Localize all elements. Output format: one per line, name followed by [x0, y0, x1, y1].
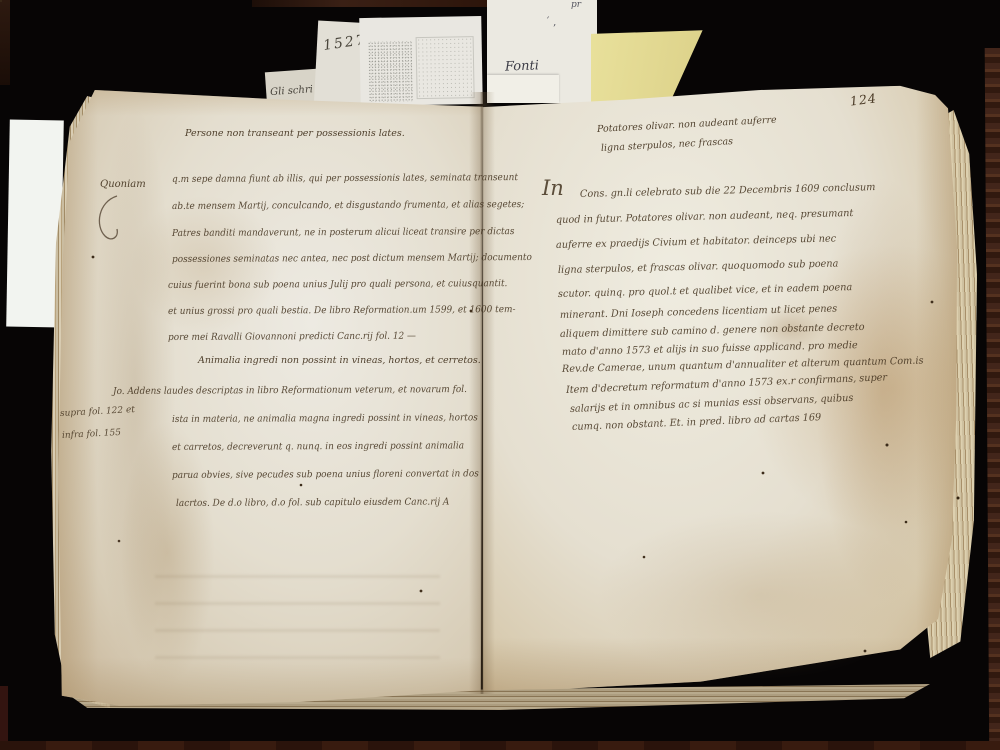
left-margin-word: Quoniam — [100, 180, 146, 190]
left-heading-2: Animalia ingredi non possint in vineas, … — [198, 356, 481, 366]
bookmark-tab-yellow — [585, 28, 705, 102]
photocopy-text-block-framed — [416, 36, 475, 99]
bookmark-tab-fonti-corner-text: pr — [571, 1, 581, 10]
page-number: 124 — [849, 92, 877, 108]
bleed-through-text — [155, 556, 440, 664]
manuscript-line: Jo. Addens laudes descriptas in libro Re… — [113, 385, 467, 396]
manuscript-line: parua obvies, sive pecudes sub poena uni… — [172, 469, 479, 480]
bookmark-tab-fonti-lower-card — [487, 75, 559, 103]
bookmark-tab-handwritten-text: Gli schri — [270, 85, 313, 98]
flourish-curl — [92, 192, 122, 244]
left-heading-1: Persone non transeant per possessionis l… — [185, 129, 405, 139]
stain — [595, 510, 925, 680]
paragraph-initial: In — [542, 178, 564, 199]
table-edge-right — [982, 48, 1000, 748]
bookmark-tab-fonti: ´ , pr Fonti — [487, 0, 597, 103]
manuscript-line: pore mei Ravalli Giovannoni predicti Can… — [168, 332, 416, 343]
table-edge-bottom — [0, 741, 1000, 750]
bookmark-tab-photocopy — [359, 16, 483, 106]
manuscript-line: ab.te mensem Martij, conculcando, et dis… — [172, 200, 524, 211]
manuscript-line: et unius grossi pro quali bestia. De lib… — [168, 305, 516, 316]
bookmark-tab-fonti-text: Fonti — [505, 59, 539, 73]
manuscript-line: q.m sepe damna fiunt ab illis, qui per p… — [172, 173, 518, 184]
manuscript-line: et carretos, decreverunt q. nunq. in eos… — [172, 441, 464, 452]
table-edge-left — [0, 0, 10, 85]
photocopy-text-block-dense — [368, 41, 413, 102]
bookmark-tab-fonti-pen-marks: ´ , — [545, 18, 556, 28]
manuscript-line: Patres banditi mandaverunt, ne in poster… — [172, 227, 515, 238]
ink-specks — [0, 0, 2, 2]
manuscript-line: ista in materia, ne animalia magna ingre… — [172, 413, 478, 424]
manuscript-line: lacrtos. De d.o libro, d.o fol. sub capi… — [176, 497, 449, 508]
manuscript-line: possessiones seminatas nec antea, nec po… — [172, 253, 532, 265]
manuscript-photo: Gli schri 1527 ´ , pr Fonti Persone non … — [0, 0, 1000, 750]
manuscript-line: cuius fuerint bona sub poena unius Julij… — [168, 279, 507, 290]
